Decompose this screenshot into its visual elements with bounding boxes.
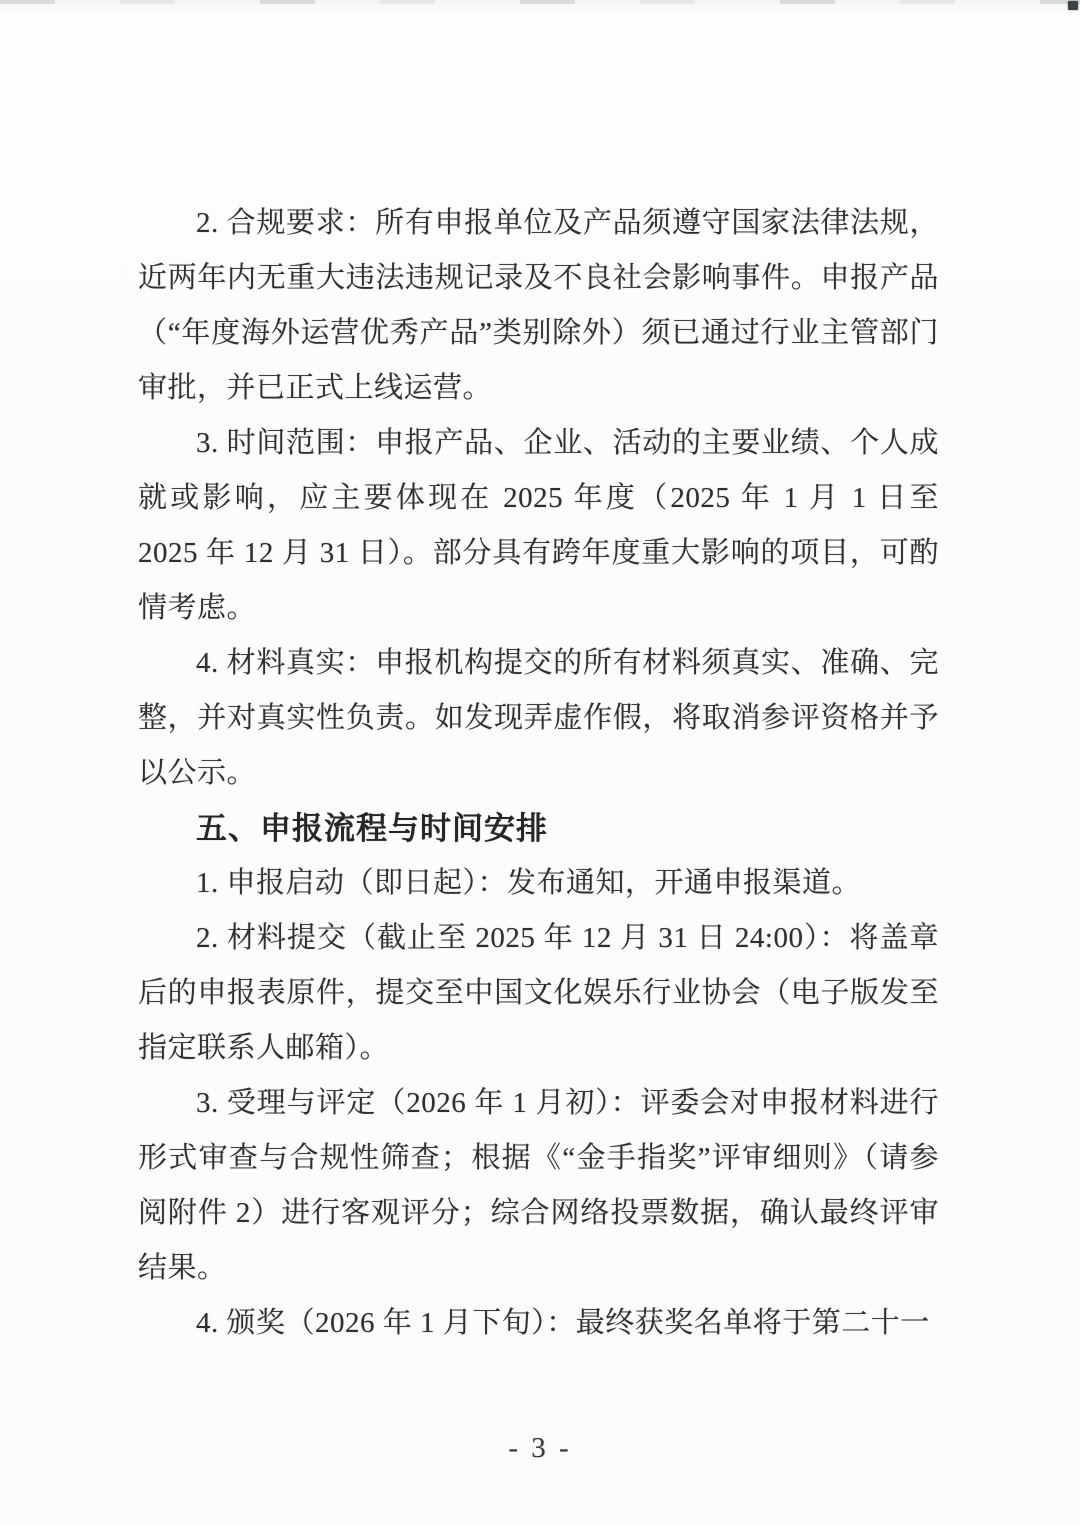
scanned-document-page: 2. 合规要求：所有申报单位及产品须遵守国家法律法规，近两年内无重大违法违规记录… bbox=[0, 0, 1080, 1525]
paragraph-time-scope: 3. 时间范围：申报产品、企业、活动的主要业绩、个人成就或影响，应主要体现在 2… bbox=[138, 416, 939, 636]
paragraph-application-launch: 1. 申报启动（即日起）：发布通知，开通申报渠道。 bbox=[138, 856, 939, 911]
paragraph-material-authenticity: 4. 材料真实：申报机构提交的所有材料须真实、准确、完整，并对真实性负责。如发现… bbox=[138, 636, 939, 801]
section-heading-application-process: 五、申报流程与时间安排 bbox=[138, 801, 939, 856]
page-number: - 3 - bbox=[0, 1432, 1080, 1465]
paragraph-compliance-requirements: 2. 合规要求：所有申报单位及产品须遵守国家法律法规，近两年内无重大违法违规记录… bbox=[138, 196, 939, 416]
scan-corner-artifact bbox=[1068, 1, 1078, 10]
paragraph-material-submission: 2. 材料提交（截止至 2025 年 12 月 31 日 24:00）：将盖章后… bbox=[138, 911, 939, 1076]
document-body: 2. 合规要求：所有申报单位及产品须遵守国家法律法规，近两年内无重大违法违规记录… bbox=[138, 196, 939, 1351]
scan-edge-artifact bbox=[0, 0, 1080, 4]
paragraph-award-ceremony: 4. 颁奖（2026 年 1 月下旬）：最终获奖名单将于第二十一 bbox=[138, 1296, 939, 1351]
paragraph-acceptance-evaluation: 3. 受理与评定（2026 年 1 月初）：评委会对申报材料进行形式审查与合规性… bbox=[138, 1076, 939, 1296]
